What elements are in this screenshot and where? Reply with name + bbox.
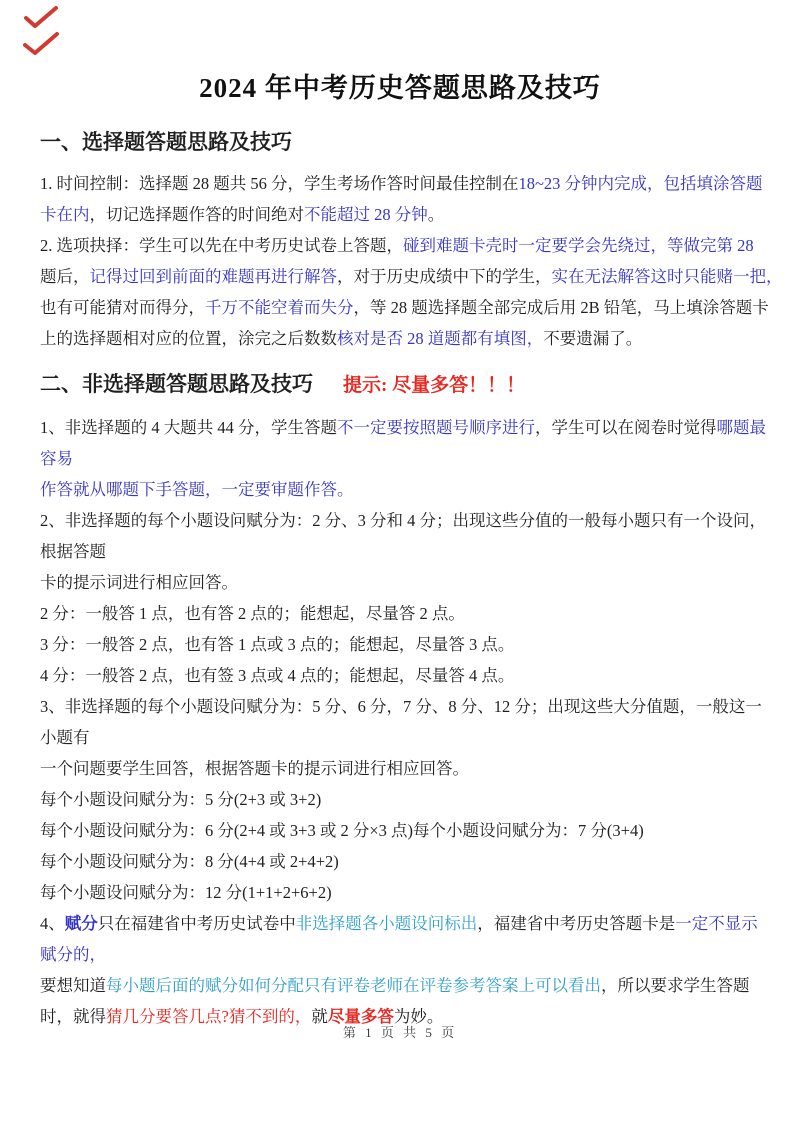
para-2-option-choice: 2. 选项抉择：学生可以先在中考历史试卷上答题，碰到难题卡壳时一定要学会先绕过，… xyxy=(40,230,760,354)
text-line: 也有可能猜对而得分，千万不能空着而失分，等 28 题选择题全部完成后用 2B 铅… xyxy=(40,292,760,323)
text-run: 1、非选择题的 4 大题共 44 分，学生答题 xyxy=(40,418,337,437)
document-page: 2024 年中考历史答题思路及技巧 一、选择题答题思路及技巧1. 时间控制：选择… xyxy=(0,0,800,1132)
text-line: 二、非选择题答题思路及技巧提示: 尽量多答！！！ xyxy=(40,366,760,402)
text-line: 每个小题设问赋分为：6 分(2+4 或 3+3 或 2 分×3 点)每个小题设问… xyxy=(40,815,760,846)
text-line: 2、非选择题的每个小题设问赋分为：2 分、3 分和 4 分；出现这些分值的一般每… xyxy=(40,505,760,536)
text-run: 也有可能猜对而得分， xyxy=(40,298,205,317)
text-run: 碰到难题卡壳时一定要学会先绕过，等做完第 28 xyxy=(403,236,754,255)
para-4-small-scores: 2、非选择题的每个小题设问赋分为：2 分、3 分和 4 分；出现这些分值的一般每… xyxy=(40,505,760,598)
text-run: 4、 xyxy=(40,914,65,933)
text-run: ，福建省中考历史答题卡是 xyxy=(477,914,675,933)
section-1-heading: 一、选择题答题思路及技巧 xyxy=(40,124,760,160)
text-run: 记得过回到前面的难题再进行解答 xyxy=(90,267,338,286)
text-run: 上的选择题相对应的位置，涂完之后数数 xyxy=(40,329,337,348)
text-run: 2、非选择题的每个小题设问赋分为：2 分、3 分和 4 分；出现这些分值的一般每… xyxy=(40,511,766,530)
para-1-time-control: 1. 时间控制：选择题 28 题共 56 分，学生考场作答时间最佳控制在18~2… xyxy=(40,168,760,230)
text-run: 一个问题要学生回答，根据答题卡的提示词进行相应回答。 xyxy=(40,759,469,778)
text-run: ，对于历史成绩中下的学生， xyxy=(337,267,552,286)
text-run: 一定不显示 xyxy=(675,914,758,933)
text-line: 根据答题 xyxy=(40,536,760,567)
para-3-question-order: 1、非选择题的 4 大题共 44 分，学生答题不一定要按照题号顺序进行，学生可以… xyxy=(40,412,760,505)
text-line: 4、赋分只在福建省中考历史试卷中非选择题各小题设问标出，福建省中考历史答题卡是一… xyxy=(40,908,760,939)
text-line: 4 分：一般答 2 点，也有签 3 点或 4 点的；能想起，尽量答 4 点。 xyxy=(40,660,760,691)
text-line: 卡的提示词进行相应回答。 xyxy=(40,567,760,598)
text-line: 2 分：一般答 1 点，也有答 2 点的；能想起，尽量答 2 点。 xyxy=(40,598,760,629)
text-run: 二、非选择题答题思路及技巧 xyxy=(40,372,313,396)
text-line: 每个小题设问赋分为：12 分(1+1+2+6+2) xyxy=(40,877,760,908)
page-footer: 第 1 页 共 5 页 xyxy=(0,1022,800,1041)
text-run: 不能超过 28 分钟 xyxy=(304,205,428,224)
text-run: 18~23 分钟内完成，包括填涂答题 xyxy=(519,174,763,193)
text-run: 只在福建省中考历史试卷中 xyxy=(98,914,296,933)
text-line: 1、非选择题的 4 大题共 44 分，学生答题不一定要按照题号顺序进行，学生可以… xyxy=(40,412,760,443)
text-run: 小题有 xyxy=(40,728,90,747)
text-run: ，所以要求学生答题 xyxy=(601,976,750,995)
text-line: 1. 时间控制：选择题 28 题共 56 分，学生考场作答时间最佳控制在18~2… xyxy=(40,168,760,199)
text-line: 每个小题设问赋分为：8 分(4+4 或 2+4+2) xyxy=(40,846,760,877)
document-body: 一、选择题答题思路及技巧1. 时间控制：选择题 28 题共 56 分，学生考场作… xyxy=(40,124,760,1032)
text-run: 题后， xyxy=(40,267,90,286)
text-run: 。 xyxy=(428,205,445,224)
text-line: 一、选择题答题思路及技巧 xyxy=(40,124,760,160)
text-run: 卡在内 xyxy=(40,205,90,224)
para-6-score-marking: 4、赋分只在福建省中考历史试卷中非选择题各小题设问标出，福建省中考历史答题卡是一… xyxy=(40,908,760,1032)
text-run: 卡的提示词进行相应回答。 xyxy=(40,573,238,592)
red-check-marks-icon xyxy=(20,4,62,62)
text-run: 1. 时间控制：选择题 28 题共 56 分，学生考场作答时间最佳控制在 xyxy=(40,174,519,193)
section-2-heading: 二、非选择题答题思路及技巧提示: 尽量多答！！！ xyxy=(40,366,760,402)
text-run: 核对是否 28 道题都有填图， xyxy=(337,329,543,348)
text-run: 要想知道 xyxy=(40,976,106,995)
para-2-points-rule: 2 分：一般答 1 点，也有答 2 点的；能想起，尽量答 2 点。 xyxy=(40,598,760,629)
text-run: 作答就从哪题下手答题，一定要审题作答。 xyxy=(40,480,354,499)
text-run: 每个小题设问赋分为：12 分(1+1+2+6+2) xyxy=(40,883,332,902)
para-5-big-scores: 3、非选择题的每个小题设问赋分为：5 分、6 分，7 分、8 分、12 分；出现… xyxy=(40,691,760,784)
text-line: 容易 xyxy=(40,443,760,474)
text-run: 哪题最 xyxy=(717,418,767,437)
text-run: 容易 xyxy=(40,449,73,468)
text-line: 赋分的， xyxy=(40,939,760,970)
text-run: 3、非选择题的每个小题设问赋分为：5 分、6 分，7 分、8 分、12 分；出现… xyxy=(40,697,762,716)
text-line: 卡在内，切记选择题作答的时间绝对不能超过 28 分钟。 xyxy=(40,199,760,230)
para-4-points-rule: 4 分：一般答 2 点，也有签 3 点或 4 点的；能想起，尽量答 4 点。 xyxy=(40,660,760,691)
text-run: 每小题后面的赋分如何分配只有评卷老师在评卷参考答案上可以看出 xyxy=(106,976,601,995)
text-line: 题后，记得过回到前面的难题再进行解答，对于历史成绩中下的学生，实在无法解答这时只… xyxy=(40,261,760,292)
text-line: 3、非选择题的每个小题设问赋分为：5 分、6 分，7 分、8 分、12 分；出现… xyxy=(40,691,760,722)
text-run: 4 分：一般答 2 点，也有签 3 点或 4 点的；能想起，尽量答 4 点。 xyxy=(40,666,514,685)
text-run: 每个小题设问赋分为：5 分(2+3 或 3+2) xyxy=(40,790,321,809)
text-run: 赋分的， xyxy=(40,945,106,964)
text-run: ，学生可以在阅卷时觉得 xyxy=(535,418,717,437)
text-line: 上的选择题相对应的位置，涂完之后数数核对是否 28 道题都有填图，不要遗漏了。 xyxy=(40,323,760,354)
text-line: 每个小题设问赋分为：5 分(2+3 或 3+2) xyxy=(40,784,760,815)
text-run: 一、选择题答题思路及技巧 xyxy=(40,130,292,154)
text-run: 赋分 xyxy=(65,914,98,933)
text-run: ，切记选择题作答的时间绝对 xyxy=(90,205,305,224)
text-run: 非选择题各小题设问标出 xyxy=(296,914,478,933)
text-run: 千万不能空着而失分 xyxy=(205,298,354,317)
text-line: 2. 选项抉择：学生可以先在中考历史试卷上答题，碰到难题卡壳时一定要学会先绕过，… xyxy=(40,230,760,261)
text-line: 一个问题要学生回答，根据答题卡的提示词进行相应回答。 xyxy=(40,753,760,784)
text-line: 要想知道每小题后面的赋分如何分配只有评卷老师在评卷参考答案上可以看出，所以要求学… xyxy=(40,970,760,1001)
text-line: 作答就从哪题下手答题，一定要审题作答。 xyxy=(40,474,760,505)
para-score-split-6-7: 每个小题设问赋分为：6 分(2+4 或 3+3 或 2 分×3 点)每个小题设问… xyxy=(40,815,760,846)
text-run: 实在无法解答这时只能赌一把， xyxy=(552,267,783,286)
para-score-split-5: 每个小题设问赋分为：5 分(2+3 或 3+2) xyxy=(40,784,760,815)
text-run: 不要遗漏了。 xyxy=(543,329,642,348)
text-run: 2 分：一般答 1 点，也有答 2 点的；能想起，尽量答 2 点。 xyxy=(40,604,465,623)
text-run: 提示: 尽量多答！！！ xyxy=(343,375,525,396)
text-line: 小题有 xyxy=(40,722,760,753)
text-run: 每个小题设问赋分为：8 分(4+4 或 2+4+2) xyxy=(40,852,339,871)
text-line: 3 分：一般答 2 点，也有答 1 点或 3 点的；能想起，尽量答 3 点。 xyxy=(40,629,760,660)
para-3-points-rule: 3 分：一般答 2 点，也有答 1 点或 3 点的；能想起，尽量答 3 点。 xyxy=(40,629,760,660)
text-run: 3 分：一般答 2 点，也有答 1 点或 3 点的；能想起，尽量答 3 点。 xyxy=(40,635,514,654)
text-run: 不一定要按照题号顺序进行 xyxy=(337,418,535,437)
text-run: 2. 选项抉择：学生可以先在中考历史试卷上答题， xyxy=(40,236,403,255)
text-run: ，等 28 题选择题全部完成后用 2B 铅笔，马上填涂答题卡 xyxy=(354,298,769,317)
text-run: 根据答题 xyxy=(40,542,106,561)
text-run: 每个小题设问赋分为：6 分(2+4 或 3+3 或 2 分×3 点)每个小题设问… xyxy=(40,821,644,840)
para-score-split-12: 每个小题设问赋分为：12 分(1+1+2+6+2) xyxy=(40,877,760,908)
para-score-split-8: 每个小题设问赋分为：8 分(4+4 或 2+4+2) xyxy=(40,846,760,877)
page-title: 2024 年中考历史答题思路及技巧 xyxy=(40,68,760,108)
